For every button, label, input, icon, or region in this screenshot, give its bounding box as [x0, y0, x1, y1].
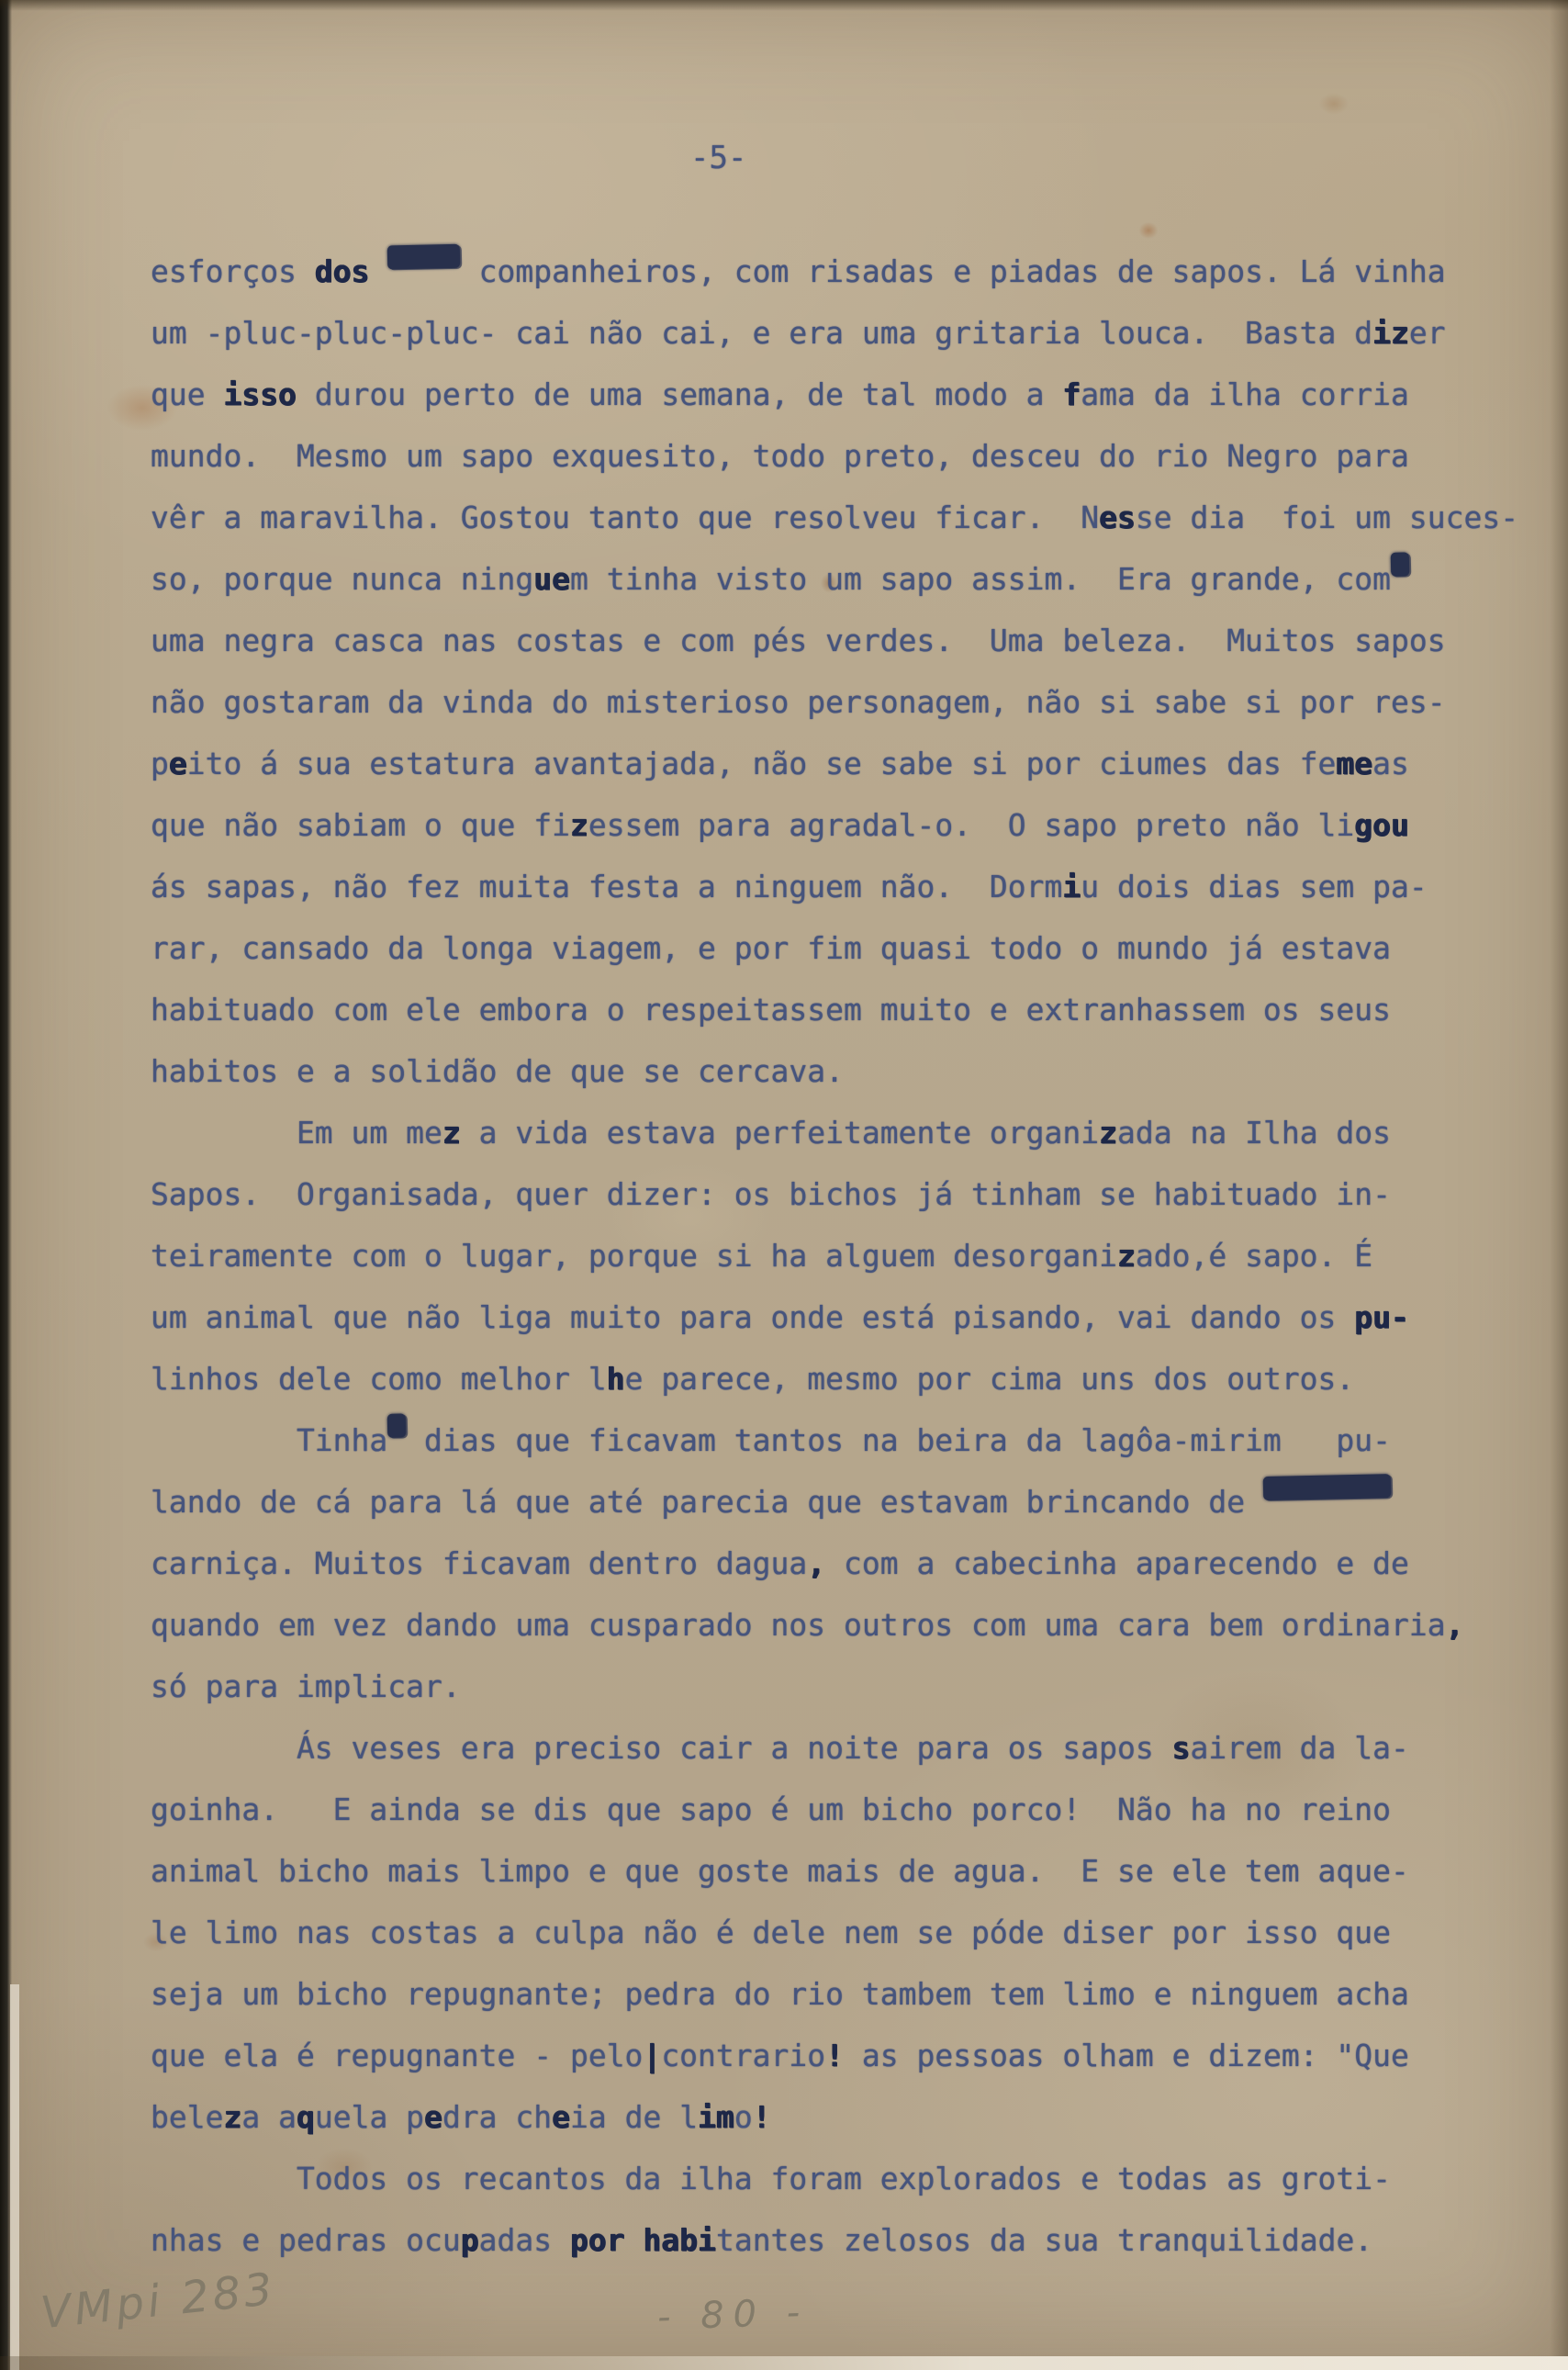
typescript-line: linhos dele como melhor lhe parece, mesm… — [151, 1348, 1518, 1410]
typescript-line: mundo. Mesmo um sapo exquesito, todo pre… — [151, 425, 1518, 487]
typed-text: o — [734, 2099, 753, 2135]
typed-text: tantes zelosos da sua tranquilidade. — [716, 2222, 1372, 2258]
typed-text: ada na Ilha dos — [1117, 1115, 1391, 1151]
typed-text: m tinha visto um sapo assim. Era grande,… — [570, 561, 1391, 597]
overstrike-text: habi — [643, 2222, 715, 2258]
typescript-line: beleza aquela pedra cheia de limo! — [151, 2086, 1518, 2148]
typescript-line: um -pluc-pluc-pluc- cai não cai, e era u… — [151, 302, 1518, 364]
typescript-line: Todos os recantos da ilha foram explorad… — [151, 2148, 1518, 2209]
typed-text: ás sapas, não fez muita festa a ninguem … — [151, 869, 1062, 904]
typescript-line: goinha. E ainda se dis que sapo é um bic… — [151, 1779, 1518, 1840]
overstrike-text: es — [1099, 500, 1136, 535]
typescript-line: uma negra casca nas costas e com pés ver… — [151, 610, 1518, 671]
overstrike-text: dos — [315, 253, 370, 289]
paper-stain — [1313, 88, 1355, 119]
scan-edge-top — [0, 0, 1568, 11]
overstrike-text: pu- — [1354, 1299, 1409, 1335]
typed-text: quando em vez dando uma cusparado nos ou… — [151, 1607, 1446, 1643]
overstrike-text: e — [169, 746, 187, 781]
typed-text: le limo nas costas a culpa não é dele ne… — [151, 1915, 1391, 1950]
typescript-body: esforços dos companheiros, com risadas e… — [151, 241, 1518, 2271]
typed-text: durou perto de uma semana, de tal modo a — [297, 376, 1062, 412]
typed-text: habitos e a solidão de que se cercava. — [151, 1053, 844, 1089]
overstrike-text: isso — [223, 376, 296, 412]
typed-text: não gostaram da vinda do misterioso pers… — [151, 684, 1446, 720]
typed-text: a vida estava perfeitamente organi — [461, 1115, 1099, 1151]
typescript-line: que não sabiam o que fizessem para agrad… — [151, 794, 1518, 856]
typed-text: dias que ficavam tantos na beira da lagô… — [406, 1422, 1391, 1458]
typed-text: teiramente com o lugar, porque si ha alg… — [151, 1238, 1117, 1274]
overstrike-text: p — [461, 2222, 479, 2258]
overstrike-text: z — [1099, 1115, 1117, 1151]
typescript-line: quando em vez dando uma cusparado nos ou… — [151, 1594, 1518, 1656]
typescript-line: Sapos. Organisada, quer dizer: os bichos… — [151, 1163, 1518, 1225]
typed-text: adas — [479, 2222, 570, 2258]
typed-text: linhos dele como melhor l — [151, 1361, 607, 1397]
typescript-line: teiramente com o lugar, porque si ha alg… — [151, 1225, 1518, 1286]
typed-text: goinha. E ainda se dis que sapo é um bic… — [151, 1792, 1391, 1827]
scan-edge-right — [1550, 0, 1568, 2370]
archive-code-handwriting: VMpi 283 — [39, 2263, 278, 2340]
typescript-line: Em um mez a vida estava perfeitamente or… — [151, 1102, 1518, 1163]
overstrike-text: por — [570, 2222, 625, 2258]
typed-text: ito á sua estatura avantajada, não se sa… — [187, 746, 1337, 781]
typed-text: vêr a maravilha. Gostou tanto que resolv… — [151, 500, 1099, 535]
scan-edge-left-light — [10, 1984, 19, 2370]
ink-blot — [387, 1413, 406, 1438]
overstrike-text: h — [607, 1361, 625, 1397]
overstrike-text: im — [698, 2099, 734, 2135]
scan-edge-bottom — [0, 2356, 1568, 2370]
typed-text: só para implicar. — [151, 1668, 461, 1704]
typed-text: so, porque nunca ning — [151, 561, 533, 597]
typescript-line: habitos e a solidão de que se cercava. — [151, 1040, 1518, 1102]
typed-text — [625, 2222, 644, 2258]
typescript-line: carniça. Muitos ficavam dentro dagua, co… — [151, 1533, 1518, 1594]
overstrike-text: z — [442, 1115, 461, 1151]
typescript-line: so, porque nunca ninguem tinha visto um … — [151, 548, 1518, 610]
typescript-line: vêr a maravilha. Gostou tanto que resolv… — [151, 487, 1518, 548]
overstrike-text: ! — [753, 2099, 771, 2135]
typescript-line: só para implicar. — [151, 1656, 1518, 1717]
typescript-line: rar, cansado da longa viagem, e por fim … — [151, 917, 1518, 979]
typed-text: ama da ilha corria — [1081, 376, 1409, 412]
overstrike-text: q — [297, 2099, 315, 2135]
typed-text: com a cabecinha aparecendo e de — [825, 1545, 1409, 1581]
typed-text: ado,é sapo. É — [1136, 1238, 1372, 1274]
typescript-line: Tinha dias que ficavam tantos na beira d… — [151, 1410, 1518, 1471]
overstrike-text: f — [1062, 376, 1081, 412]
overstrike-text: i — [1062, 869, 1081, 904]
typed-text: animal bicho mais limpo e que goste mais… — [151, 1853, 1409, 1889]
typescript-line: peito á sua estatura avantajada, não se … — [151, 733, 1518, 794]
typed-text: lando de cá para lá que até parecia que … — [151, 1484, 1263, 1520]
page-number: -5- — [690, 140, 746, 176]
typed-text: dra ch — [442, 2099, 552, 2135]
typescript-line: esforços dos companheiros, com risadas e… — [151, 241, 1518, 302]
typed-text: p — [151, 746, 169, 781]
typescript-line: seja um bicho repugnante; pedra do rio t… — [151, 1963, 1518, 2025]
typescript-line: animal bicho mais limpo e que goste mais… — [151, 1840, 1518, 1902]
typed-text: nhas e pedras ocu — [151, 2222, 461, 2258]
typescript-line: le limo nas costas a culpa não é dele ne… — [151, 1902, 1518, 1963]
typed-text: bele — [151, 2099, 223, 2135]
typed-text: Tinha — [297, 1422, 387, 1458]
typed-text: uela p — [315, 2099, 424, 2135]
ink-blot — [387, 244, 461, 270]
ink-blot — [1263, 1474, 1392, 1500]
typed-text: e parece, mesmo por cima uns dos outros. — [625, 1361, 1355, 1397]
overstrike-text: z — [1117, 1238, 1136, 1274]
overstrike-text: me — [1336, 746, 1372, 781]
document-page: -5- esforços dos companheiros, com risad… — [0, 0, 1568, 2370]
typescript-line: nhas e pedras ocupadas por habitantes ze… — [151, 2209, 1518, 2271]
typed-text: rar, cansado da longa viagem, e por fim … — [151, 930, 1391, 966]
typed-text: se dia foi um suces- — [1136, 500, 1518, 535]
typed-text: que ela é repugnante - pelo — [151, 2038, 643, 2073]
typed-text — [369, 253, 387, 289]
typed-text: Em um me — [297, 1115, 442, 1151]
typed-text: que não sabiam o que fi — [151, 807, 570, 843]
typed-text: seja um bicho repugnante; pedra do rio t… — [151, 1976, 1409, 2012]
typed-text: airem da la- — [1190, 1730, 1408, 1766]
overstrike-text: e — [424, 2099, 442, 2135]
footer-page-number-handwriting: - 80 - — [656, 2291, 810, 2339]
typescript-line: que isso durou perto de uma semana, de t… — [151, 364, 1518, 425]
typescript-line: um animal que não liga muito para onde e… — [151, 1286, 1518, 1348]
typed-text: as — [1372, 746, 1409, 781]
overstrike-text: | — [643, 2038, 661, 2073]
typed-text: companheiros, com risadas e piadas de sa… — [461, 253, 1446, 289]
overstrike-text: z — [223, 2099, 241, 2135]
typescript-line: ás sapas, não fez muita festa a ninguem … — [151, 856, 1518, 917]
typed-text: as pessoas olham e dizem: "Que — [844, 2038, 1409, 2073]
overstrike-text: , — [807, 1545, 825, 1581]
typed-text: u dois dias sem pa- — [1081, 869, 1428, 904]
typed-text: a a — [241, 2099, 297, 2135]
ink-blot — [1391, 552, 1409, 577]
typed-text: que — [151, 376, 223, 412]
typed-text: er — [1409, 315, 1446, 351]
typed-text: mundo. Mesmo um sapo exquesito, todo pre… — [151, 438, 1409, 474]
typed-text: Sapos. Organisada, quer dizer: os bichos… — [151, 1176, 1391, 1212]
typed-text: essem para agradal-o. O sapo preto não l… — [588, 807, 1354, 843]
typed-text: Ás veses era preciso cair a noite para o… — [297, 1730, 1172, 1766]
overstrike-text: , — [1446, 1607, 1464, 1643]
typescript-line: habituado com ele embora o respeitassem … — [151, 979, 1518, 1040]
overstrike-text: ! — [825, 2038, 844, 2073]
overstrike-text: gou — [1354, 807, 1409, 843]
overstrike-text: ue — [533, 561, 570, 597]
typed-text: carniça. Muitos ficavam dentro dagua — [151, 1545, 807, 1581]
typescript-line: não gostaram da vinda do misterioso pers… — [151, 671, 1518, 733]
paper-stain — [1135, 219, 1162, 242]
typed-text: contrario — [661, 2038, 825, 2073]
typescript-line: lando de cá para lá que até parecia que … — [151, 1471, 1518, 1533]
typed-text: esforços — [151, 253, 315, 289]
typescript-line: Ás veses era preciso cair a noite para o… — [151, 1717, 1518, 1779]
typed-text: uma negra casca nas costas e com pés ver… — [151, 623, 1446, 658]
typed-text: um -pluc-pluc-pluc- cai não cai, e era u… — [151, 315, 1372, 351]
overstrike-text: e — [552, 2099, 570, 2135]
typed-text: um animal que não liga muito para onde e… — [151, 1299, 1354, 1335]
overstrike-text: z — [570, 807, 588, 843]
typed-text: habituado com ele embora o respeitassem … — [151, 992, 1391, 1028]
typed-text: ia de l — [570, 2099, 698, 2135]
typescript-line: que ela é repugnante - pelo|contrario! a… — [151, 2025, 1518, 2086]
overstrike-text: s — [1172, 1730, 1191, 1766]
overstrike-text: iz — [1372, 315, 1409, 351]
typed-text: Todos os recantos da ilha foram explorad… — [297, 2161, 1391, 2196]
